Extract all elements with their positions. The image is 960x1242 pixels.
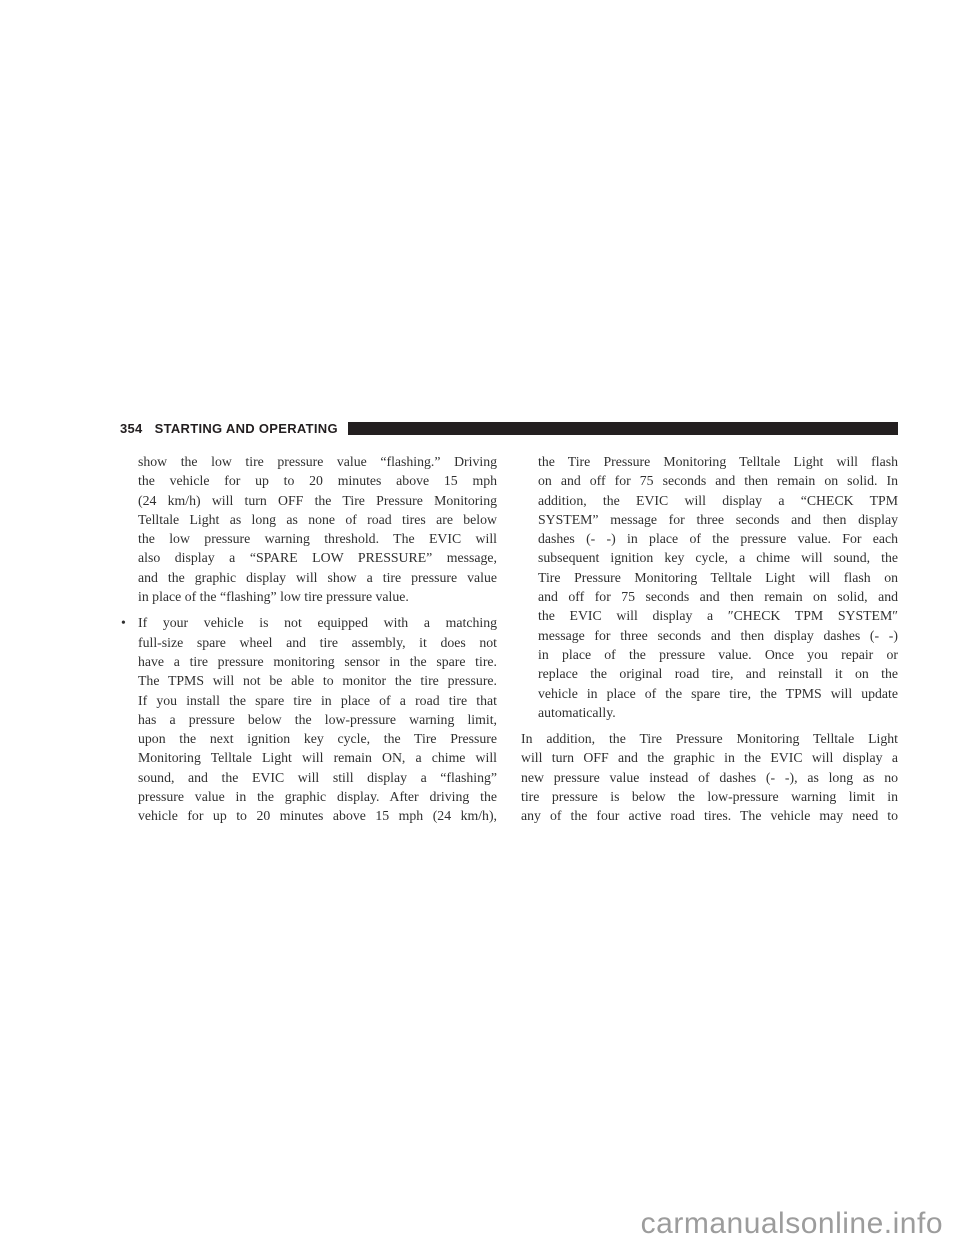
text-line: vehicle for up to 20 minutes above 15 mp…: [138, 806, 497, 825]
text-line: Tire Pressure Monitoring Telltale Light …: [538, 568, 898, 587]
text-line: new pressure value instead of dashes (- …: [521, 768, 898, 787]
text-line: have a tire pressure monitoring sensor i…: [138, 652, 497, 671]
text-line: Telltale Light as long as none of road t…: [138, 510, 497, 529]
watermark-text: carmanualsonline.info: [641, 1207, 943, 1241]
text-line: the EVIC will display a ″CHECK TPM SYSTE…: [538, 606, 898, 625]
paragraph: show the low tire pressure value “flashi…: [121, 452, 497, 606]
text-line: sound, and the EVIC will still display a…: [138, 768, 497, 787]
manual-page: 354 STARTING AND OPERATING show the low …: [0, 0, 960, 1242]
text-line: the Tire Pressure Monitoring Telltale Li…: [538, 452, 898, 471]
text-line: addition, the EVIC will display a “CHECK…: [538, 491, 898, 510]
text-line: If you install the spare tire in place o…: [138, 691, 497, 710]
text-line: has a pressure below the low-pressure wa…: [138, 710, 497, 729]
section-title: STARTING AND OPERATING: [155, 421, 338, 436]
text-line: on and off for 75 seconds and then remai…: [538, 471, 898, 490]
text-line: vehicle in place of the spare tire, the …: [538, 684, 898, 703]
text-line: The TPMS will not be able to monitor the…: [138, 671, 497, 690]
bullet-paragraph: •If your vehicle is not equipped with a …: [121, 613, 497, 825]
text-line: in place of the pressure value. Once you…: [538, 645, 898, 664]
text-line: replace the original road tire, and rein…: [538, 664, 898, 683]
bullet-icon: •: [121, 613, 126, 632]
page-number: 354: [120, 421, 143, 436]
text-line: If your vehicle is not equipped with a m…: [138, 613, 497, 632]
text-line: also display a “SPARE LOW PRESSURE” mess…: [138, 548, 497, 567]
text-line: upon the next ignition key cycle, the Ti…: [138, 729, 497, 748]
text-line: any of the four active road tires. The v…: [521, 806, 898, 825]
text-line: in place of the “flashing” low tire pres…: [138, 587, 497, 606]
text-line: pressure value in the graphic display. A…: [138, 787, 497, 806]
left-column: show the low tire pressure value “flashi…: [121, 452, 497, 826]
text-line: and the graphic display will show a tire…: [138, 568, 497, 587]
text-line: will turn OFF and the graphic in the EVI…: [521, 748, 898, 767]
right-column: the Tire Pressure Monitoring Telltale Li…: [521, 452, 898, 826]
text-line: dashes (- -) in place of the pressure va…: [538, 529, 898, 548]
page-header: 354 STARTING AND OPERATING: [120, 420, 898, 436]
text-line: and off for 75 seconds and then remain o…: [538, 587, 898, 606]
text-line: subsequent ignition key cycle, a chime w…: [538, 548, 898, 567]
text-line: the vehicle for up to 20 minutes above 1…: [138, 471, 497, 490]
text-line: message for three seconds and then displ…: [538, 626, 898, 645]
header-rule: [348, 422, 898, 435]
text-line: full-size spare wheel and tire assembly,…: [138, 633, 497, 652]
text-line: In addition, the Tire Pressure Monitorin…: [521, 729, 898, 748]
text-line: the low pressure warning threshold. The …: [138, 529, 497, 548]
text-line: tire pressure is below the low-pressure …: [521, 787, 898, 806]
text-line: SYSTEM” message for three seconds and th…: [538, 510, 898, 529]
text-line: Monitoring Telltale Light will remain ON…: [138, 748, 497, 767]
text-line: automatically.: [538, 703, 898, 722]
text-line: (24 km/h) will turn OFF the Tire Pressur…: [138, 491, 497, 510]
paragraph: In addition, the Tire Pressure Monitorin…: [521, 729, 898, 825]
text-line: show the low tire pressure value “flashi…: [138, 452, 497, 471]
paragraph: the Tire Pressure Monitoring Telltale Li…: [521, 452, 898, 722]
